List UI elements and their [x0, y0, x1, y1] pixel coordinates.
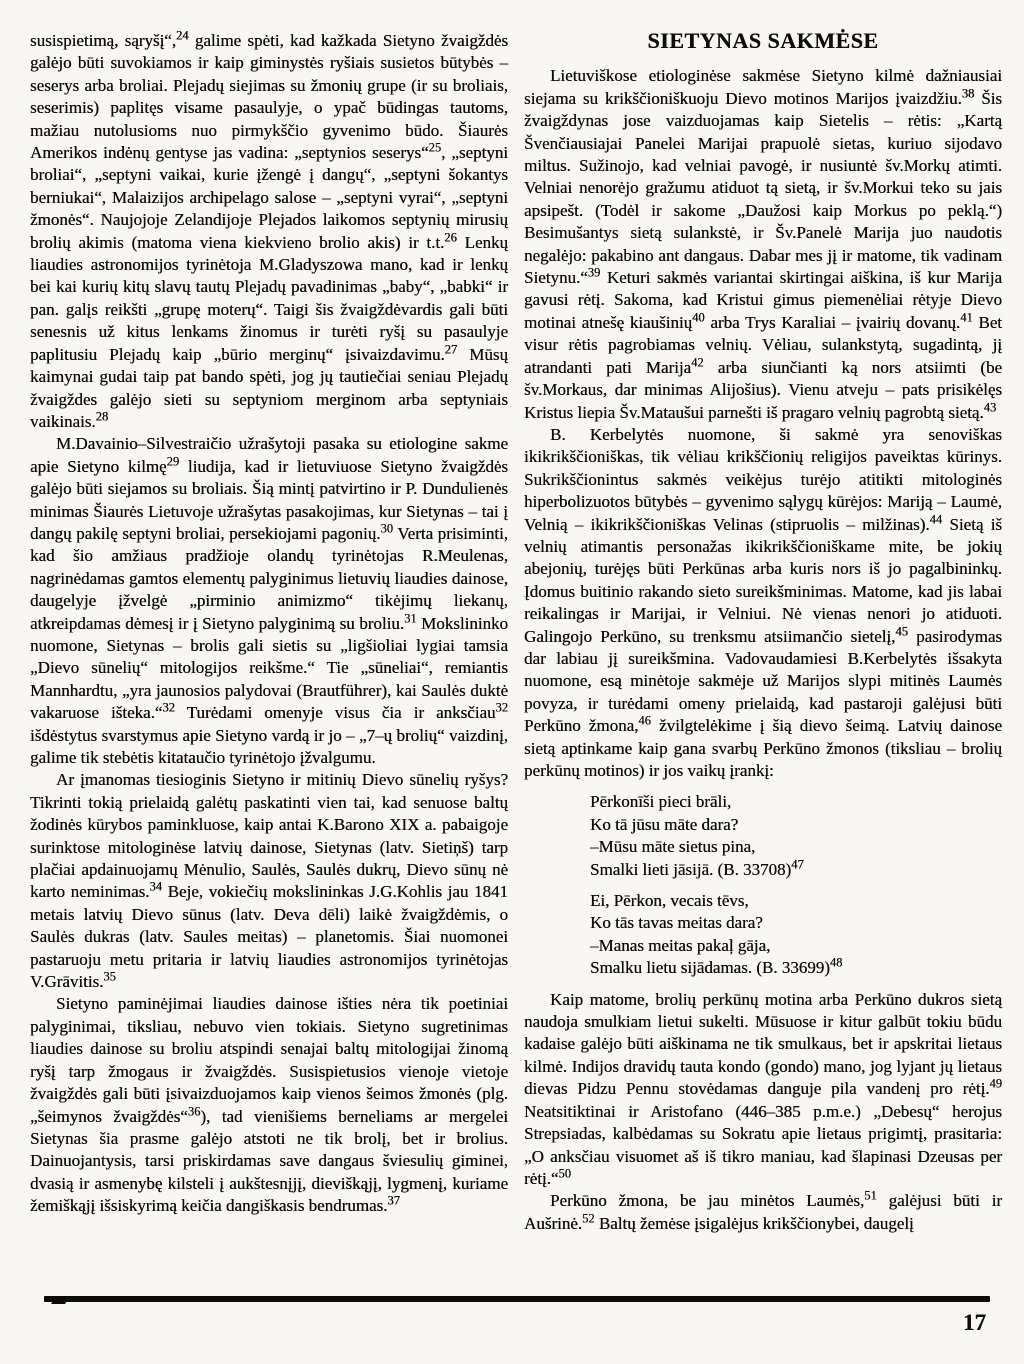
footnote-ref: 26: [444, 230, 457, 244]
page-number: 17: [963, 1310, 986, 1336]
footnote-ref: 50: [558, 1166, 571, 1180]
paragraph: Ar įmanomas tiesioginis Sietyno ir mitin…: [30, 769, 508, 993]
verse-line: Ei, Pērkon, vecais tēvs,: [590, 890, 1002, 912]
verse-line: –Manas meitas pakaļ gāja,: [590, 935, 1002, 957]
paragraph: Lietuviškose etiologinėse sakmėse Sietyn…: [524, 65, 1002, 424]
verse-line: Smalku lietu sijādamas. (B. 33699)48: [590, 957, 1002, 979]
right-column: SIETYNAS SAKMĖSE Lietuviškose etiologinė…: [524, 30, 1002, 1235]
text-columns: susispietimą, sąryšį“,24 galime spėti, k…: [30, 30, 1002, 1235]
footnote-ref: 35: [103, 969, 116, 983]
verse-block: Pērkonīši pieci brāli,Ko tā jūsu māte da…: [590, 791, 1002, 881]
verse-block: Ei, Pērkon, vecais tēvs,Ko tās tavas mei…: [590, 890, 1002, 980]
footnote-ref: 48: [830, 956, 843, 970]
paragraph: M.Davainio–Silvestraičio užrašytoji pasa…: [30, 433, 508, 769]
footnote-ref: 40: [692, 310, 705, 324]
footnote-ref: 36: [188, 1104, 201, 1118]
footnote-ref: 39: [588, 265, 601, 279]
section-heading: SIETYNAS SAKMĖSE: [524, 30, 1002, 52]
paragraph: Kaip matome, brolių perkūnų motina arba …: [524, 989, 1002, 1191]
verse-line: –Mūsu māte sietus pina,: [590, 836, 1002, 858]
footnote-ref: 52: [582, 1211, 595, 1225]
footnote-ref: 38: [962, 86, 975, 100]
footnote-ref: 46: [638, 714, 651, 728]
footnote-ref: 49: [990, 1077, 1003, 1091]
verse-line: Ko tās tavas meitas dara?: [590, 912, 1002, 934]
footnote-ref: 37: [387, 1193, 400, 1207]
paragraph: Perkūno žmona, be jau minėtos Laumės,51 …: [524, 1190, 1002, 1235]
footnote-ref: 29: [167, 454, 180, 468]
footnote-ref: 28: [96, 409, 109, 423]
book-page: susispietimą, sąryšį“,24 galime spėti, k…: [0, 0, 1024, 1364]
verse-line: Ko tā jūsu māte dara?: [590, 814, 1002, 836]
footnote-ref: 51: [864, 1189, 877, 1203]
paragraph: susispietimą, sąryšį“,24 galime spėti, k…: [30, 30, 508, 433]
footnote-ref: 47: [791, 857, 804, 871]
verse-line: Smalki lieti jāsijā. (B. 33708)47: [590, 859, 1002, 881]
footnote-ref: 32: [496, 701, 509, 715]
footnote-ref: 43: [984, 400, 997, 414]
paragraph: Sietyno paminėjimai liaudies dainose išt…: [30, 993, 508, 1217]
footnote-ref: 31: [404, 611, 417, 625]
footnote-ref: 45: [895, 624, 908, 638]
footnote-ref: 32: [162, 701, 175, 715]
paragraph: B. Kerbelytės nuomone, ši sakmė yra seno…: [524, 424, 1002, 783]
footnote-ref: 24: [176, 28, 189, 42]
left-column: susispietimą, sąryšį“,24 galime spėti, k…: [30, 30, 508, 1235]
footnote-ref: 41: [960, 310, 973, 324]
verse-line: Pērkonīši pieci brāli,: [590, 791, 1002, 813]
footer-divider-rule: [44, 1296, 990, 1302]
right-column-text: Lietuviškose etiologinėse sakmėse Sietyn…: [524, 65, 1002, 1235]
footnote-ref: 25: [429, 140, 442, 154]
footnote-ref: 30: [380, 521, 393, 535]
footnote-ref: 44: [930, 512, 943, 526]
footnote-ref: 34: [149, 880, 162, 894]
footnote-ref: 42: [691, 355, 704, 369]
footnote-ref: 27: [445, 342, 458, 356]
